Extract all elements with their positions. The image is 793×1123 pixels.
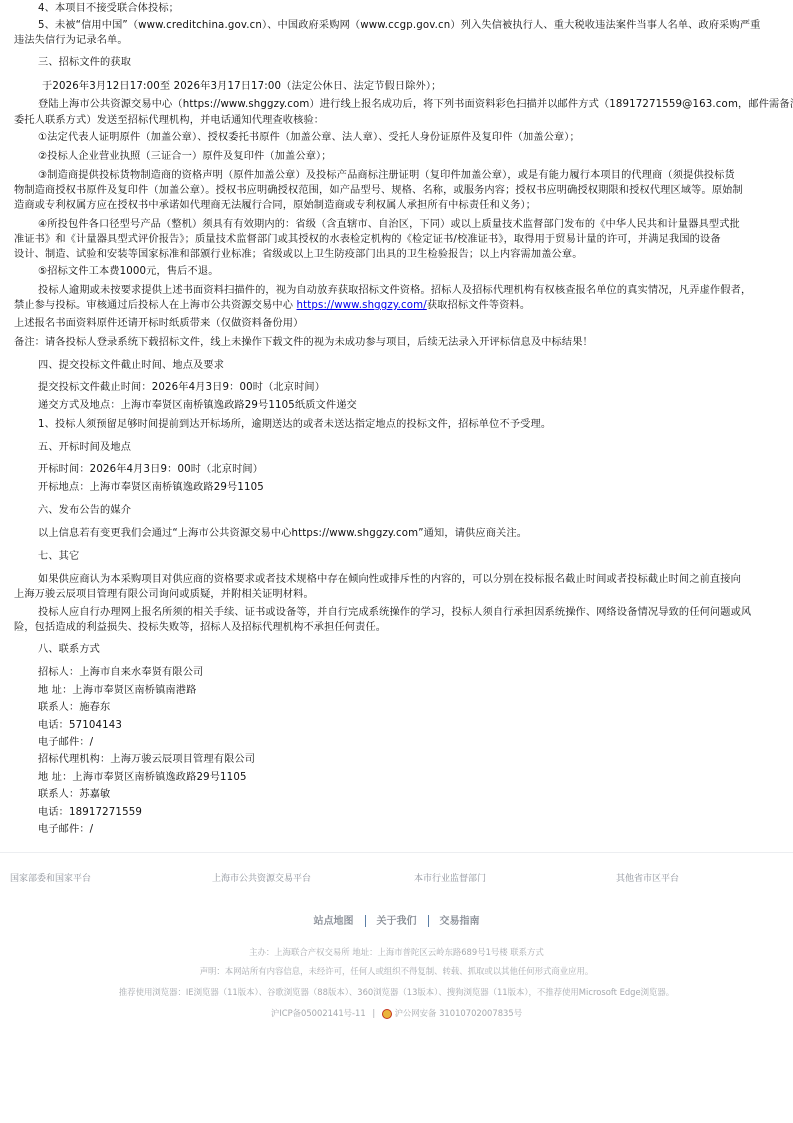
doc-line: 递交方式及地点：上海市奉贤区南桥镇逸政路29号1105纸质文件递交 [38,399,357,412]
doc-line: 设计、制造、试验和安装等国家标准和部颁行业标准；省级或以上卫生防疫部门出具的卫生… [14,248,583,261]
divider [428,915,429,927]
doc-line: 投标人逾期或未按要求提供上述书面资料扫描件的，视为自动放弃获取招标文件资格。招标… [38,284,751,297]
section-heading: 五、开标时间及地点 [38,441,131,454]
footer-sponsor: 主办：上海联合产权交易所 地址：上海市普陀区云岭东路689号1号楼 联系方式 [0,946,793,958]
doc-line: 投标人应自行办理网上报名所须的相关手续、证书或设备等，并自行完成系统操作的学习，… [38,606,751,619]
doc-line: ④所投包件各口径型号产品（整机）须具有有效期内的：省级（含直辖市、自治区，下同）… [38,218,740,231]
doc-line: 违法失信行为记录名单。 [14,34,128,47]
police-record-link[interactable]: 沪公网安备 31010702007835号 [395,1008,523,1018]
about-us-link[interactable]: 关于我们 [377,916,417,927]
footer-browsers: 推荐使用浏览器：IE浏览器（11版本）、谷歌浏览器（88版本）、360浏览器（1… [0,986,793,998]
footer-links: 站点地图关于我们交易指南 [0,912,793,927]
contact-line: 电子邮件：/ [38,823,93,836]
doc-line: 造商或专利权属方应在授权书中承诺如代理商无法履行合同，原始制造商或专利权属人承担… [14,199,536,212]
doc-line: 物制造商授权书原件及复印件（加盖公章）。授权书应明确授权范围，如产品型号、规格、… [14,184,743,197]
doc-line: 提交投标文件截止时间：2026年4月3日9：00时（北京时间） [38,381,325,394]
doc-line: 4、本项目不接受联合体投标； [38,2,179,15]
footer-nav-national[interactable]: 国家部委和国家平台 [10,871,91,884]
section-heading: 七、其它 [38,550,79,563]
doc-line: ⑤招标文件工本费1000元，售后不退。 [38,265,219,278]
contact-line: 电话：57104143 [38,719,122,732]
doc-line: 备注：请各投标人登录系统下载招标文件，线上未操作下载文件的视为未成功参与项目，后… [14,336,593,349]
contact-line: 联系人：施春东 [38,701,110,714]
doc-line: 险，包括造成的利益损失、投标失败等，招标人及招标代理机构不承担任何责任。 [14,621,386,634]
contact-line: 招标代理机构：上海万骏云辰项目管理有限公司 [38,753,255,766]
doc-text: 禁止参与投标。审核通过后投标人在上海市公共资源交易中心 [14,300,297,311]
doc-line: ②投标人企业营业执照（三证合一）原件及复印件（加盖公章）； [38,150,332,163]
footer-icp: 沪ICP备05002141号-11 | 沪公网安备 31010702007835… [0,1007,793,1019]
police-badge-icon [382,1009,392,1019]
trade-guide-link[interactable]: 交易指南 [440,916,480,927]
doc-line: 5、未被“信用中国”（www.creditchina.gov.cn）、中国政府采… [38,19,761,32]
doc-line: 1、投标人须预留足够时间提前到达开标场所，逾期送达的或者未送达指定地点的投标文件… [38,418,551,431]
footer-nav-supervision[interactable]: 本市行业监督部门 [414,871,486,884]
contact-line: 联系人：苏嘉敏 [38,788,110,801]
contact-line: 招标人：上海市自来水奉贤有限公司 [38,666,203,679]
doc-line: ③制造商提供投标货物制造商的资格声明（原件加盖公章）及投标产品商标注册证明（复印… [38,169,735,182]
doc-line: ①法定代表人证明原件（加盖公章）、授权委托书原件（加盖公章、法人章）、受托人身份… [38,131,580,144]
divider [365,915,366,927]
contact-line: 电子邮件：/ [38,736,93,749]
footer-statement: 声明：本网站所有内容信息，未经许可，任何人或组织不得复制、转载、抓取或以其他任何… [0,965,793,977]
doc-line: 于2026年3月12日17:00至 2026年3月17日17:00（法定公休日、… [42,80,441,93]
contact-line: 地 址：上海市奉贤区南桥镇逸政路29号1105 [38,771,247,784]
doc-line: 以上信息若有变更我们会通过“上海市公共资源交易中心https://www.shg… [38,527,527,540]
separator: | [372,1008,375,1018]
doc-text: 获取招标文件等资料。 [427,300,530,311]
footer-divider [0,852,793,853]
section-heading: 三、招标文件的获取 [38,56,131,69]
doc-line: 开标地点：上海市奉贤区南桥镇逸政路29号1105 [38,481,264,494]
doc-line: 如果供应商认为本采购项目对供应商的资格要求或者技术规格中存在倾向性或排斥性的内容… [38,573,741,586]
doc-line: 委托人联系方式）发送至招标代理机构，并电话通知代理查收核验： [14,114,324,127]
doc-line: 禁止参与投标。审核通过后投标人在上海市公共资源交易中心 https://www.… [14,299,530,312]
footer-nav-shanghai-platform[interactable]: 上海市公共资源交易平台 [212,871,311,884]
doc-line: 准证书》和《计量器具型式评价报告》；质量技术监督部门或其授权的水表检定机构的《检… [14,233,721,246]
contact-line: 电话：18917271559 [38,806,142,819]
shggzy-link[interactable]: https://www.shggzy.com/ [297,300,427,311]
doc-line: 上述报名书面资料原件还请开标时纸质带来（仅做资料备份用） [14,317,303,330]
icp-link[interactable]: 沪ICP备05002141号-11 [271,1008,366,1018]
section-heading: 四、提交投标文件截止时间、地点及要求 [38,359,224,372]
section-heading: 八、联系方式 [38,643,100,656]
footer-nav-other-provinces[interactable]: 其他省市区平台 [616,871,679,884]
doc-line: 开标时间：2026年4月3日9：00时（北京时间） [38,463,263,476]
contact-line: 地 址：上海市奉贤区南桥镇南港路 [38,684,196,697]
sitemap-link[interactable]: 站点地图 [314,916,354,927]
section-heading: 六、发布公告的媒介 [38,504,131,517]
doc-line: 登陆上海市公共资源交易中心（https://www.shggzy.com）进行线… [38,98,793,111]
doc-line: 上海万骏云辰项目管理有限公司询问或质疑，并附相关证明材料。 [14,588,314,601]
